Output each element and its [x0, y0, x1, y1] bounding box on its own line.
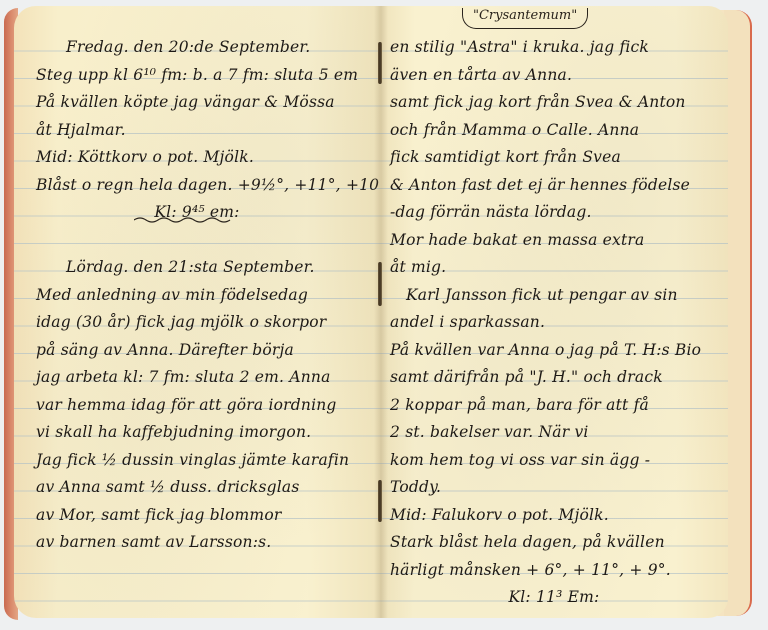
text-line: 2 koppar på man, bara för att få [380, 392, 728, 420]
text-line: åt Hjalmar. [14, 117, 380, 145]
right-page-stack-edge [724, 10, 752, 616]
text-line: jag arbeta kl: 7 fm: sluta 2 em. Anna [14, 364, 380, 392]
binding-staple [378, 480, 382, 522]
binding-staple [378, 262, 382, 306]
text-line: Karl Jansson fick ut pengar av sin [380, 282, 728, 310]
text-line: På kvällen köpte jag vängar & Mössa [14, 89, 380, 117]
text-line: fick samtidigt kort från Svea [380, 144, 728, 172]
text-line: Mid: Falukorv o pot. Mjölk. [380, 502, 728, 530]
open-notebook: Fredag. den 20:de September. Steg upp kl… [4, 4, 752, 624]
binding-gutter [374, 6, 388, 618]
text-line: av barnen samt av Larsson:s. [14, 529, 380, 557]
text-line: Stark blåst hela dagen, på kvällen [380, 529, 728, 557]
entry-heading-saturday: Lördag. den 21:sta September. [14, 254, 380, 282]
text-line: -dag förrän nästa lördag. [380, 199, 728, 227]
text-line: andel i sparkassan. [380, 309, 728, 337]
entry-heading-friday: Fredag. den 20:de September. [14, 34, 380, 62]
text-line: vi skall ha kaffebjudning imorgon. [14, 419, 380, 447]
time-signoff: Kl: 11³ Em: [380, 584, 728, 612]
squiggle-divider [134, 216, 234, 224]
text-line: åt mig. [380, 254, 728, 282]
text-line: Steg upp kl 6¹⁰ fm: b. a 7 fm: sluta 5 e… [14, 62, 380, 90]
margin-annotation: "Crysantemum" [462, 8, 588, 29]
text-line: av Anna samt ½ duss. dricksglas [14, 474, 380, 502]
text-line: härligt månsken + 6°, + 11°, + 9°. [380, 557, 728, 585]
text-line: en stilig "Astra" i kruka. jag fick [380, 34, 728, 62]
text-line: var hemma idag för att göra iordning [14, 392, 380, 420]
text-line: idag (30 år) fick jag mjölk o skorpor [14, 309, 380, 337]
binding-staple [378, 42, 382, 84]
text-line: och från Mamma o Calle. Anna [380, 117, 728, 145]
text-line: Jag fick ½ dussin vinglas jämte karafin [14, 447, 380, 475]
text-line: samt fick jag kort från Svea & Anton [380, 89, 728, 117]
left-page: Fredag. den 20:de September. Steg upp kl… [14, 6, 380, 618]
right-page: "Crysantemum" en stilig "Astra" i kruka.… [380, 6, 728, 618]
text-line: samt därifrån på "J. H." och drack [380, 364, 728, 392]
text-line: på säng av Anna. Därefter börja [14, 337, 380, 365]
text-line: 2 st. bakelser var. När vi [380, 419, 728, 447]
text-line: På kvällen var Anna o jag på T. H:s Bio [380, 337, 728, 365]
blank-line [14, 227, 380, 255]
text-line: även en tårta av Anna. [380, 62, 728, 90]
text-line: Toddy. [380, 474, 728, 502]
text-line: & Anton fast det ej är hennes födelse [380, 172, 728, 200]
text-line: Med anledning av min födelsedag [14, 282, 380, 310]
text-line: Blåst o regn hela dagen. +9½°, +11°, +10… [14, 172, 380, 200]
text-line: Mid: Köttkorv o pot. Mjölk. [14, 144, 380, 172]
right-page-text: en stilig "Astra" i kruka. jag fick även… [380, 34, 728, 612]
text-line: av Mor, samt fick jag blommor [14, 502, 380, 530]
text-line: kom hem tog vi oss var sin ägg - [380, 447, 728, 475]
text-line: Mor hade bakat en massa extra [380, 227, 728, 255]
diary-scan: Fredag. den 20:de September. Steg upp kl… [0, 0, 768, 630]
left-page-text: Fredag. den 20:de September. Steg upp kl… [14, 34, 380, 557]
